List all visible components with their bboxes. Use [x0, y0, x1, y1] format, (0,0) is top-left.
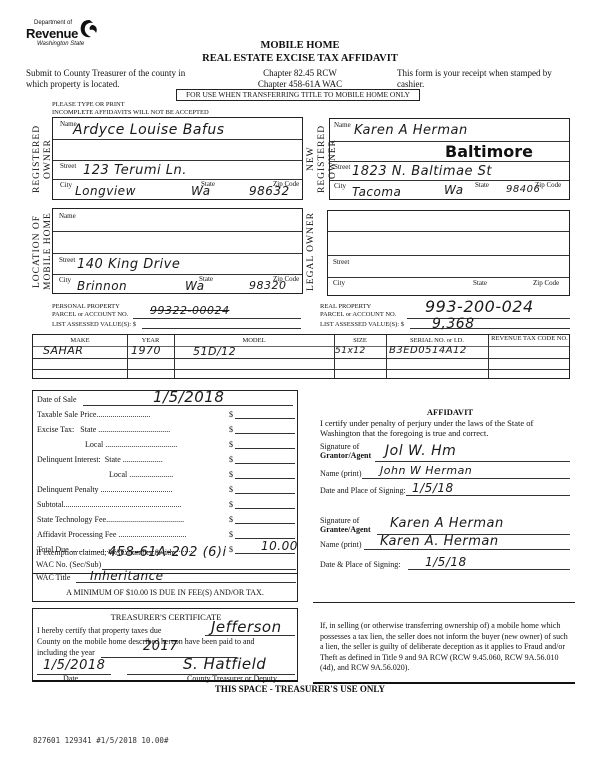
delinquent-penalty-label: Delinquent Penalty .....................… [37, 485, 173, 494]
legal-state-label: State [473, 279, 487, 287]
registered-owner-box: Name Ardyce Louise Bafus Street 123 Teru… [52, 117, 303, 200]
grantee-date-line [408, 569, 570, 570]
dollar-sign: $ [229, 410, 233, 419]
new-street-label: Street [334, 163, 350, 171]
affidavit-statement: I certify under penalty of perjury under… [320, 418, 560, 438]
grantor-sig-label1: Signature of [320, 442, 359, 451]
dollar-sign: $ [229, 470, 233, 479]
grantee-sig-label2: Grantee/Agent [320, 525, 371, 534]
real-assessed-label: LIST ASSESSED VALUE(S): $ [320, 321, 404, 328]
personal-property-label1: PERSONAL PROPERTY [52, 303, 120, 310]
use-banner-text: FOR USE WHEN TRANSFERRING TITLE TO MOBIL… [186, 90, 410, 99]
real-property-label1: REAL PROPERTY [320, 303, 371, 310]
lien-notice: If, in selling (or otherwise transferrin… [320, 621, 572, 674]
cell-year[interactable]: 1970 [131, 344, 161, 357]
loc-zip-value[interactable]: 98320 [249, 279, 287, 292]
new-name-line2-value[interactable]: Baltimore [445, 142, 533, 161]
receipt-note: This form is your receipt when stamped b… [397, 68, 577, 90]
mobile-home-table: MAKE YEAR MODEL SIZE SERIAL NO. or I.D. … [32, 334, 570, 379]
affidavit-title: AFFIDAVIT [300, 407, 600, 417]
loc-street-value[interactable]: 140 King Drive [77, 257, 180, 272]
legal-owner-label: LEGAL OWNER [306, 212, 328, 292]
dollar-sign: $ [229, 485, 233, 494]
th-make: MAKE [33, 337, 127, 344]
personal-assessed-line [142, 328, 301, 329]
dollar-sign: $ [229, 425, 233, 434]
tech-fee-field[interactable] [235, 523, 295, 524]
tech-fee-label: State Technology Fee....................… [37, 515, 184, 524]
real-assessed-value[interactable]: 9,368 [432, 316, 475, 332]
dollar-sign: $ [229, 500, 233, 509]
treasurer-signature[interactable]: S. Hatfield [183, 655, 266, 673]
affidavit-divider [313, 602, 575, 603]
excise-local-field[interactable] [235, 448, 295, 449]
grantee-sig-label1: Signature of [320, 516, 359, 525]
receipt-stamp: 827601 129341 #1/5/2018 10.00# [33, 736, 168, 745]
reg-city-label: City [60, 181, 72, 189]
grantee-name-label: Name (print) [320, 540, 362, 549]
dollar-sign: $ [229, 530, 233, 539]
loc-city-label: City [59, 276, 71, 284]
personal-assessed-label: LIST ASSESSED VALUE(S): $ [52, 321, 136, 328]
new-state-value[interactable]: Wa [444, 183, 464, 197]
personal-property-label2: PARCEL or ACCOUNT NO. [52, 311, 128, 318]
excise-state-field[interactable] [235, 433, 295, 434]
processing-fee-label: Affidavit Processing Fee ...............… [37, 530, 186, 539]
grantee-signature[interactable]: Karen A Herman [390, 516, 504, 531]
th-year: YEAR [127, 337, 174, 344]
footer-banner: THIS SPACE - TREASURER'S USE ONLY [0, 684, 600, 694]
th-model: MODEL [174, 337, 334, 344]
subtotal-field[interactable] [235, 508, 295, 509]
dollar-sign: $ [229, 440, 233, 449]
interest-local-field[interactable] [235, 478, 295, 479]
form-title-line1: MOBILE HOME [0, 40, 600, 51]
th-serial: SERIAL NO. or I.D. [386, 337, 488, 344]
delinquent-interest-local-label: Local ...................... [109, 470, 173, 479]
dollar-sign: $ [229, 515, 233, 524]
cell-serial[interactable]: B3ED0514A12 [389, 345, 467, 356]
instruction-incomplete: INCOMPLETE AFFIDAVITS WILL NOT BE ACCEPT… [52, 109, 209, 116]
grantor-signature-line [375, 461, 570, 462]
real-property-label2: PARCEL or ACCOUNT NO. [320, 311, 396, 318]
penalty-field[interactable] [235, 493, 295, 494]
grantor-date-value[interactable]: 1/5/18 [412, 481, 454, 495]
subtotal-label: Subtotal................................… [37, 500, 182, 509]
grantor-date-line [406, 495, 570, 496]
personal-parcel-line [133, 318, 301, 319]
treasurer-county-value[interactable]: Jefferson [211, 618, 282, 636]
grantee-name-line [364, 549, 570, 550]
delinquent-interest-state-label: Delinquent Interest: State .............… [37, 455, 163, 464]
treasurer-date-label: Date [63, 674, 78, 683]
legal-city-label: City [333, 279, 345, 287]
legal-zip-label: Zip Code [533, 279, 559, 287]
minimum-note: A MINIMUM OF $10.00 IS DUE IN FEE(S) AND… [32, 588, 298, 597]
new-name-label: Name [334, 121, 351, 129]
instruction-type-print: PLEASE TYPE OR PRINT [52, 101, 125, 108]
loc-city-value[interactable]: Brinnon [77, 279, 127, 293]
cell-size[interactable]: 51x12 [335, 346, 366, 356]
loc-name-label: Name [59, 212, 76, 220]
new-street-value[interactable]: 1823 N. Baltimae St [352, 164, 492, 179]
legal-owner-box: Street City State Zip Code [327, 210, 570, 296]
reg-zip-value[interactable]: 98632 [249, 184, 290, 198]
th-size: SIZE [334, 337, 386, 344]
taxable-price-field[interactable] [235, 418, 295, 419]
reg-state-value[interactable]: Wa [191, 184, 211, 198]
reg-city-value[interactable]: Longview [75, 184, 136, 198]
grantee-date-label: Date & Place of Signing: [320, 560, 400, 569]
reg-name-value[interactable]: Ardyce Louise Bafus [73, 122, 225, 138]
logo-line-revenue: Revenue [26, 26, 78, 41]
new-zip-value[interactable]: 98406 [506, 184, 540, 195]
reg-street-label: Street [60, 162, 76, 170]
cell-model[interactable]: 51D/12 [193, 345, 236, 358]
personal-parcel-value[interactable]: 99322-00024 [150, 304, 229, 317]
real-parcel-value[interactable]: 993-200-024 [425, 297, 534, 316]
location-label: LOCATION OF MOBILE HOME [32, 210, 54, 292]
dollar-sign: $ [229, 455, 233, 464]
grantee-date-value[interactable]: 1/5/18 [425, 555, 467, 569]
treasurer-certificate-box: TREASURER'S CERTIFICATE I hereby certify… [32, 608, 298, 682]
location-box: Name Street 140 King Drive City Brinnon … [52, 208, 303, 294]
excise-state-label: Excise Tax: State ......................… [37, 425, 170, 434]
legal-street-label: Street [333, 258, 349, 266]
treasurer-date-value[interactable]: 1/5/2018 [43, 658, 105, 673]
new-registered-owner-label: NEW REGISTERED OWNER [306, 120, 328, 198]
registered-owner-label: REGISTERED OWNER [32, 120, 54, 198]
date-of-sale-value[interactable]: 1/5/2018 [153, 388, 224, 406]
treasurer-line3: including the year [37, 648, 95, 657]
loc-state-value[interactable]: Wa [185, 279, 205, 293]
th-revenue-tax-code: REVENUE TAX CODE NO. [488, 335, 571, 342]
grantor-name-label: Name (print) [320, 469, 362, 478]
treasurer-year-value[interactable]: 2017 [143, 639, 178, 654]
new-city-value[interactable]: Tacoma [352, 185, 401, 199]
treasurer-sig-label: County Treasurer or Deputy [187, 674, 277, 683]
new-owner-box: Name Karen A Herman Baltimore Street 182… [329, 118, 570, 200]
date-of-sale-label: Date of Sale [37, 395, 77, 404]
taxable-price-label: Taxable Sale Price......................… [37, 410, 150, 419]
new-city-label: City [334, 182, 346, 190]
new-name-value[interactable]: Karen A Herman [354, 123, 468, 138]
use-banner: FOR USE WHEN TRANSFERRING TITLE TO MOBIL… [176, 89, 420, 101]
cell-make[interactable]: SAHAR [43, 344, 83, 357]
loc-street-label: Street [59, 256, 75, 264]
dor-swirl-logo-icon [78, 18, 100, 40]
excise-local-label: Local ..................................… [85, 440, 177, 449]
grantor-signature[interactable]: Jol W. Hm [385, 443, 456, 459]
new-state-label: State [475, 181, 489, 189]
reg-street-value[interactable]: 123 Terumi Ln. [83, 163, 187, 178]
grantor-sig-label2: Grantor/Agent [320, 451, 371, 460]
interest-state-field[interactable] [235, 463, 295, 464]
grantor-date-label: Date and Place of Signing: [320, 486, 406, 495]
form-title-line2: REAL ESTATE EXCISE TAX AFFIDAVIT [0, 53, 600, 64]
treasurer-line1: I hereby certify that property taxes due [37, 626, 161, 635]
grantee-name-value[interactable]: Karen A. Herman [380, 534, 499, 549]
grantor-name-line [362, 478, 570, 479]
grantor-name-value[interactable]: John W Herman [380, 464, 472, 477]
